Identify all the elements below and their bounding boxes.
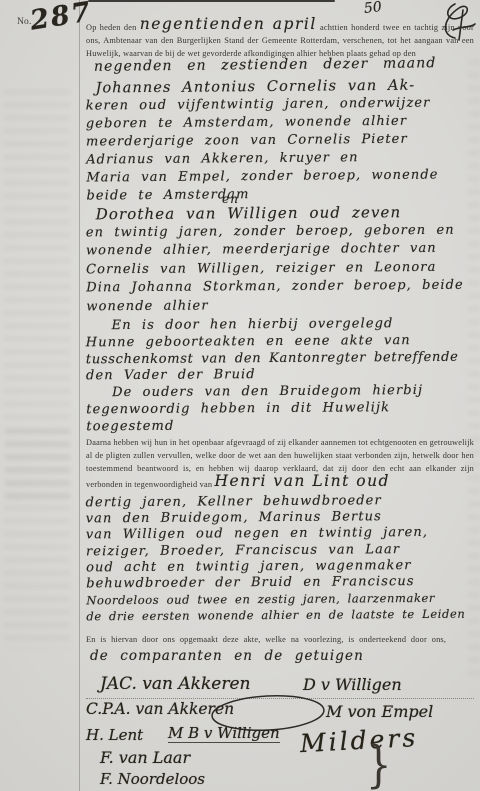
handwritten-line: Hunne geboorteakten en eene akte van [86, 332, 459, 351]
groom-paragraph: Johannes Antonius Cornelis van Ak- keren… [85, 76, 438, 205]
first-witness-handwritten: Henri van Lint oud [214, 472, 390, 490]
signature-groom-mother: M von Empel [326, 702, 433, 721]
witnesses-paragraph: dertig jaren, Kellner behuwdbroeder van … [86, 493, 466, 625]
page-top-edge [88, 0, 335, 2]
signature-official: Milders [299, 723, 419, 758]
handwritten-line: wonende alhier [86, 296, 464, 317]
documents-paragraph: En is door hen hierbij overgelegd Hunne … [86, 316, 459, 436]
publication-dates-block: negenden en zestienden dezer maand [94, 55, 437, 75]
handwritten-line: De ouders van den Bruidegom hierbij [86, 383, 459, 402]
closing-text: En is hiervan door ons opgemaakt deze ak… [86, 635, 446, 644]
opening-text-before: Op heden den [86, 23, 136, 32]
handwritten-line: meerderjarige zoon van Cornelis Pieter [86, 130, 438, 151]
closing-paragraph: En is hiervan door ons opgemaakt deze ak… [86, 634, 474, 647]
signature-witness-willigen: M B v Willigen [168, 724, 280, 743]
signature-witness-laar: F. van Laar [100, 748, 190, 767]
left-margin-rule [79, 0, 80, 791]
official-brace-mark: } [366, 736, 391, 791]
handwritten-line: toegestemd [86, 416, 459, 435]
signature-witness-noordeloos: F. Noordeloos [100, 770, 205, 788]
bleedthrough-right [468, 60, 480, 680]
handwritten-line: de drie eersten wonende alhier en de laa… [86, 606, 465, 625]
signature-witness-lint: H. Lent [86, 726, 143, 744]
bleedthrough-left-strong [6, 430, 70, 500]
handwritten-line: van Willigen oud negen en twintig jaren, [86, 525, 465, 544]
handwritten-line: Dina Johanna Storkman, zonder beroep, be… [86, 277, 464, 298]
closing-fill-block: de comparanten en de getuigen [90, 648, 364, 664]
page-number: 50 [363, 0, 383, 17]
bride-paragraph: Dorothea van Willigen oud zeven en twint… [86, 203, 464, 317]
handwritten-line: tusschenkomst van den Kantonregter betre… [86, 349, 459, 368]
handwritten-line: wonende alhier, meerderjarige dochter va… [86, 240, 464, 261]
bleedthrough-left [4, 90, 70, 650]
handwritten-line: negenden en zestienden dezer maand [94, 55, 437, 75]
signature-groom: JAC. van Akkeren [100, 674, 250, 694]
act-number: 287 [28, 0, 94, 37]
handwritten-line: Maria van Empel, zonder beroep, wonende [86, 166, 438, 187]
marriage-record-scan: No. 287 50 Op heden den negentienden apr… [0, 0, 480, 791]
handwritten-line: de comparanten en de getuigen [90, 648, 364, 664]
marriage-date-handwritten: negentienden april [140, 15, 317, 33]
declaration-paragraph: Daarna hebben wij hun in het openbaar af… [86, 437, 474, 492]
